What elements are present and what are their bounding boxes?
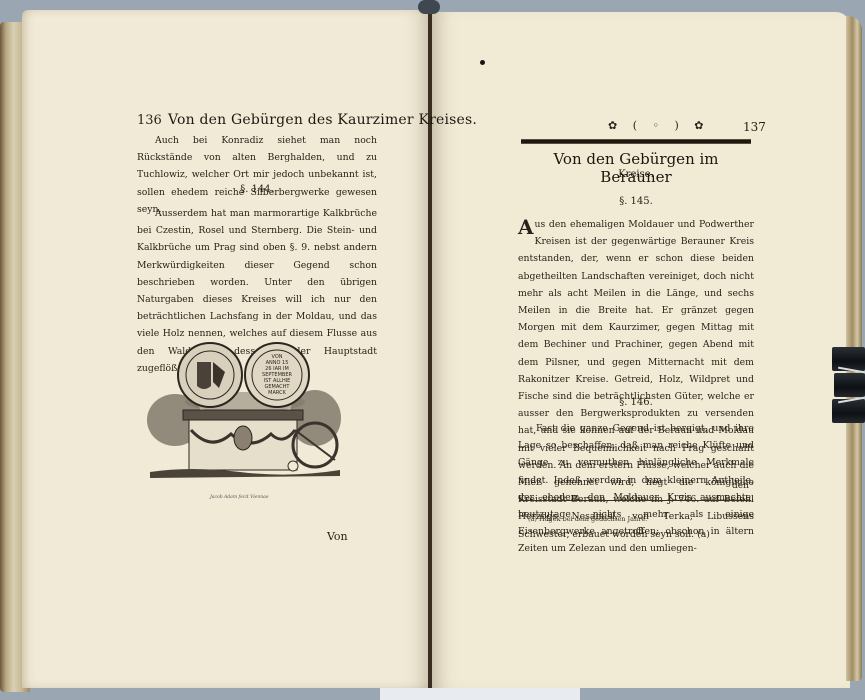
catchword-left: Von — [327, 530, 348, 543]
clip-band-middle — [834, 373, 865, 397]
svg-text:MARCK: MARCK — [268, 390, 286, 396]
catchword-right: den — [732, 481, 749, 491]
engraving-caption: Jacob Adam fecit Viennae — [210, 495, 268, 500]
section-mark-144: §. 144. — [137, 184, 377, 195]
page-number-left: 136 — [137, 113, 162, 128]
head-rule — [521, 139, 751, 144]
head-ornament: ✿ ( ◦ ) ✿ — [608, 119, 710, 132]
clip-band-bottom — [832, 399, 865, 423]
section-mark-145: §. 145. — [521, 196, 751, 207]
coins-sarcophagus-engraving: VON ANNO 15 26 IAR IM SEPTEMBER IST ALLH… — [145, 340, 345, 490]
binder-clip-icon — [832, 347, 865, 423]
footnote-rule — [519, 500, 751, 501]
footnote: (a) Hagek bei dem gedachten Jahre. — [528, 515, 647, 523]
signature-mark: G — [636, 527, 643, 537]
clip-band-top — [832, 347, 865, 371]
ink-spot — [480, 60, 485, 65]
chapter-title: Von den Gebürgen im Berauner — [521, 150, 751, 186]
top-clip-icon — [418, 0, 440, 14]
bottom-strip — [380, 688, 580, 700]
chapter-subtitle: Kreise. — [521, 169, 751, 180]
drop-cap: A — [518, 218, 534, 236]
section-mark-146: §. 146. — [521, 397, 751, 408]
page-number-right: 137 — [743, 120, 766, 134]
running-head: Von den Gebürgen des Kaurzimer Kreises. — [168, 112, 477, 128]
